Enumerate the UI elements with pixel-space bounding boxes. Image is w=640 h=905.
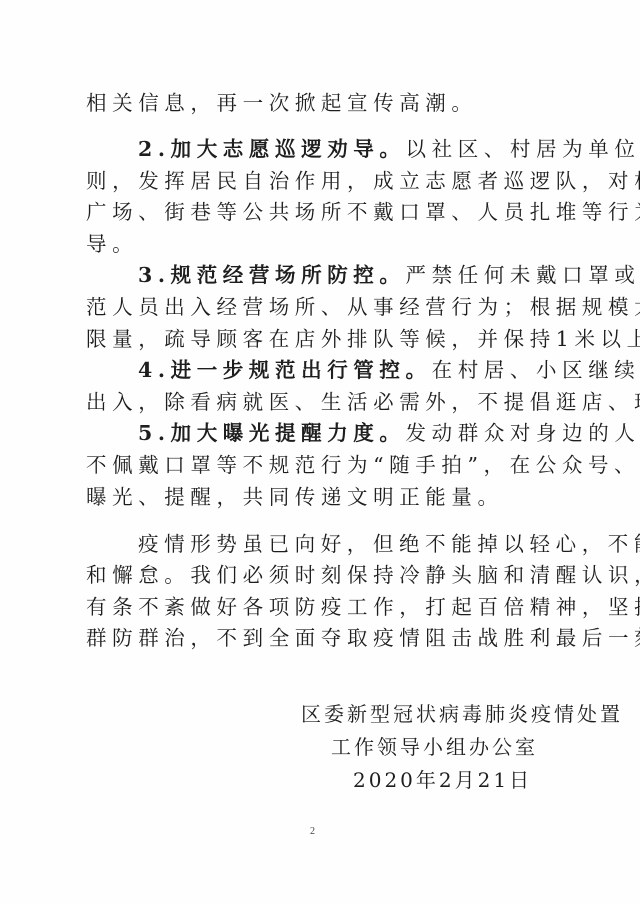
text-line: 则，发挥居民自治作用，成立志愿者巡逻队，对村居、小区、: [86, 167, 558, 195]
line-text: 曝光、提醒，共同传递文明正能量。: [86, 485, 504, 509]
section-heading: 4.进一步规范出行管控。: [138, 358, 432, 382]
text-line: 出入，除看病就医、生活必需外，不提倡逛店、理发等行为。: [86, 388, 558, 416]
text-line: 相关信息，再一次掀起宣传高潮。: [86, 89, 558, 117]
section-heading: 3.规范经营场所防控。: [138, 263, 406, 287]
text-line: 广场、街巷等公共场所不戴口罩、人员扎堆等行为进行文明劝: [86, 198, 558, 226]
text-line: 4.进一步规范出行管控。在村居、小区继续实行居民凭证: [138, 356, 558, 384]
line-text: 在村居、小区继续实行居民凭证: [432, 358, 640, 382]
section-heading: 2.加大志愿巡逻劝导。: [138, 137, 406, 161]
line-text: 导。: [86, 232, 138, 256]
line-text: 不佩戴口罩等不规范行为“随手拍”，在公众号、微信群等进行: [86, 453, 640, 477]
text-line: 2.加大志愿巡逻劝导。以社区、村居为单位，按照就近原: [138, 135, 558, 163]
text-line: 范人员出入经营场所、从事经营行为；根据规模大小，实行客流: [86, 293, 558, 321]
document-page: 相关信息，再一次掀起宣传高潮。2.加大志愿巡逻劝导。以社区、村居为单位，按照就近…: [0, 0, 640, 905]
line-text: 范人员出入经营场所、从事经营行为；根据规模大小，实行客流: [86, 295, 640, 319]
line-text: 相关信息，再一次掀起宣传高潮。: [86, 91, 478, 115]
text-line: 曝光、提醒，共同传递文明正能量。: [86, 483, 558, 511]
line-text: 发动群众对身边的人员聚集、闲逛、: [406, 421, 640, 445]
text-line: 疫情形势虽已向好，但绝不能掉以轻心，不能有丝毫麻痹: [138, 530, 558, 558]
text-line: 5.加大曝光提醒力度。发动群众对身边的人员聚集、闲逛、: [138, 419, 558, 447]
text-line: 限量，疏导顾客在店外排队等候，并保持1米以上距离。: [86, 325, 558, 353]
text-line: 不佩戴口罩等不规范行为“随手拍”，在公众号、微信群等进行: [86, 451, 558, 479]
line-text: 群防群治，不到全面夺取疫情阻击战胜利最后一刻，绝不收兵。: [86, 626, 640, 650]
signature-date: 2020年2月21日: [353, 766, 532, 794]
line-text: 出入，除看病就医、生活必需外，不提倡逛店、理发等行为。: [86, 390, 640, 414]
text-line: 和懈怠。我们必须时刻保持冷静头脑和清醒认识，一如既往、: [86, 561, 558, 589]
signature-org-line1: 区委新型冠状病毒肺炎疫情处置: [301, 700, 623, 728]
line-text: 有条不紊做好各项防疫工作，打起百倍精神，坚持联防联控、: [86, 595, 640, 619]
page-number: 2: [310, 826, 315, 837]
text-line: 群防群治，不到全面夺取疫情阻击战胜利最后一刻，绝不收兵。: [86, 624, 558, 652]
text-line: 导。: [86, 230, 558, 258]
line-text: 则，发挥居民自治作用，成立志愿者巡逻队，对村居、小区、: [86, 169, 640, 193]
line-text: 限量，疏导顾客在店外排队等候，并保持1米以上距离。: [86, 327, 640, 351]
line-text: 广场、街巷等公共场所不戴口罩、人员扎堆等行为进行文明劝: [86, 200, 640, 224]
text-line: 有条不紊做好各项防疫工作，打起百倍精神，坚持联防联控、: [86, 593, 558, 621]
line-text: 严禁任何未戴口罩或佩戴口罩不规: [406, 263, 640, 287]
text-line: 3.规范经营场所防控。严禁任何未戴口罩或佩戴口罩不规: [138, 261, 558, 289]
line-text: 疫情形势虽已向好，但绝不能掉以轻心，不能有丝毫麻痹: [138, 532, 640, 556]
signature-org-line2: 工作领导小组办公室: [331, 733, 538, 761]
line-text: 和懈怠。我们必须时刻保持冷静头脑和清醒认识，一如既往、: [86, 563, 640, 587]
section-heading: 5.加大曝光提醒力度。: [138, 421, 406, 445]
line-text: 以社区、村居为单位，按照就近原: [406, 137, 640, 161]
